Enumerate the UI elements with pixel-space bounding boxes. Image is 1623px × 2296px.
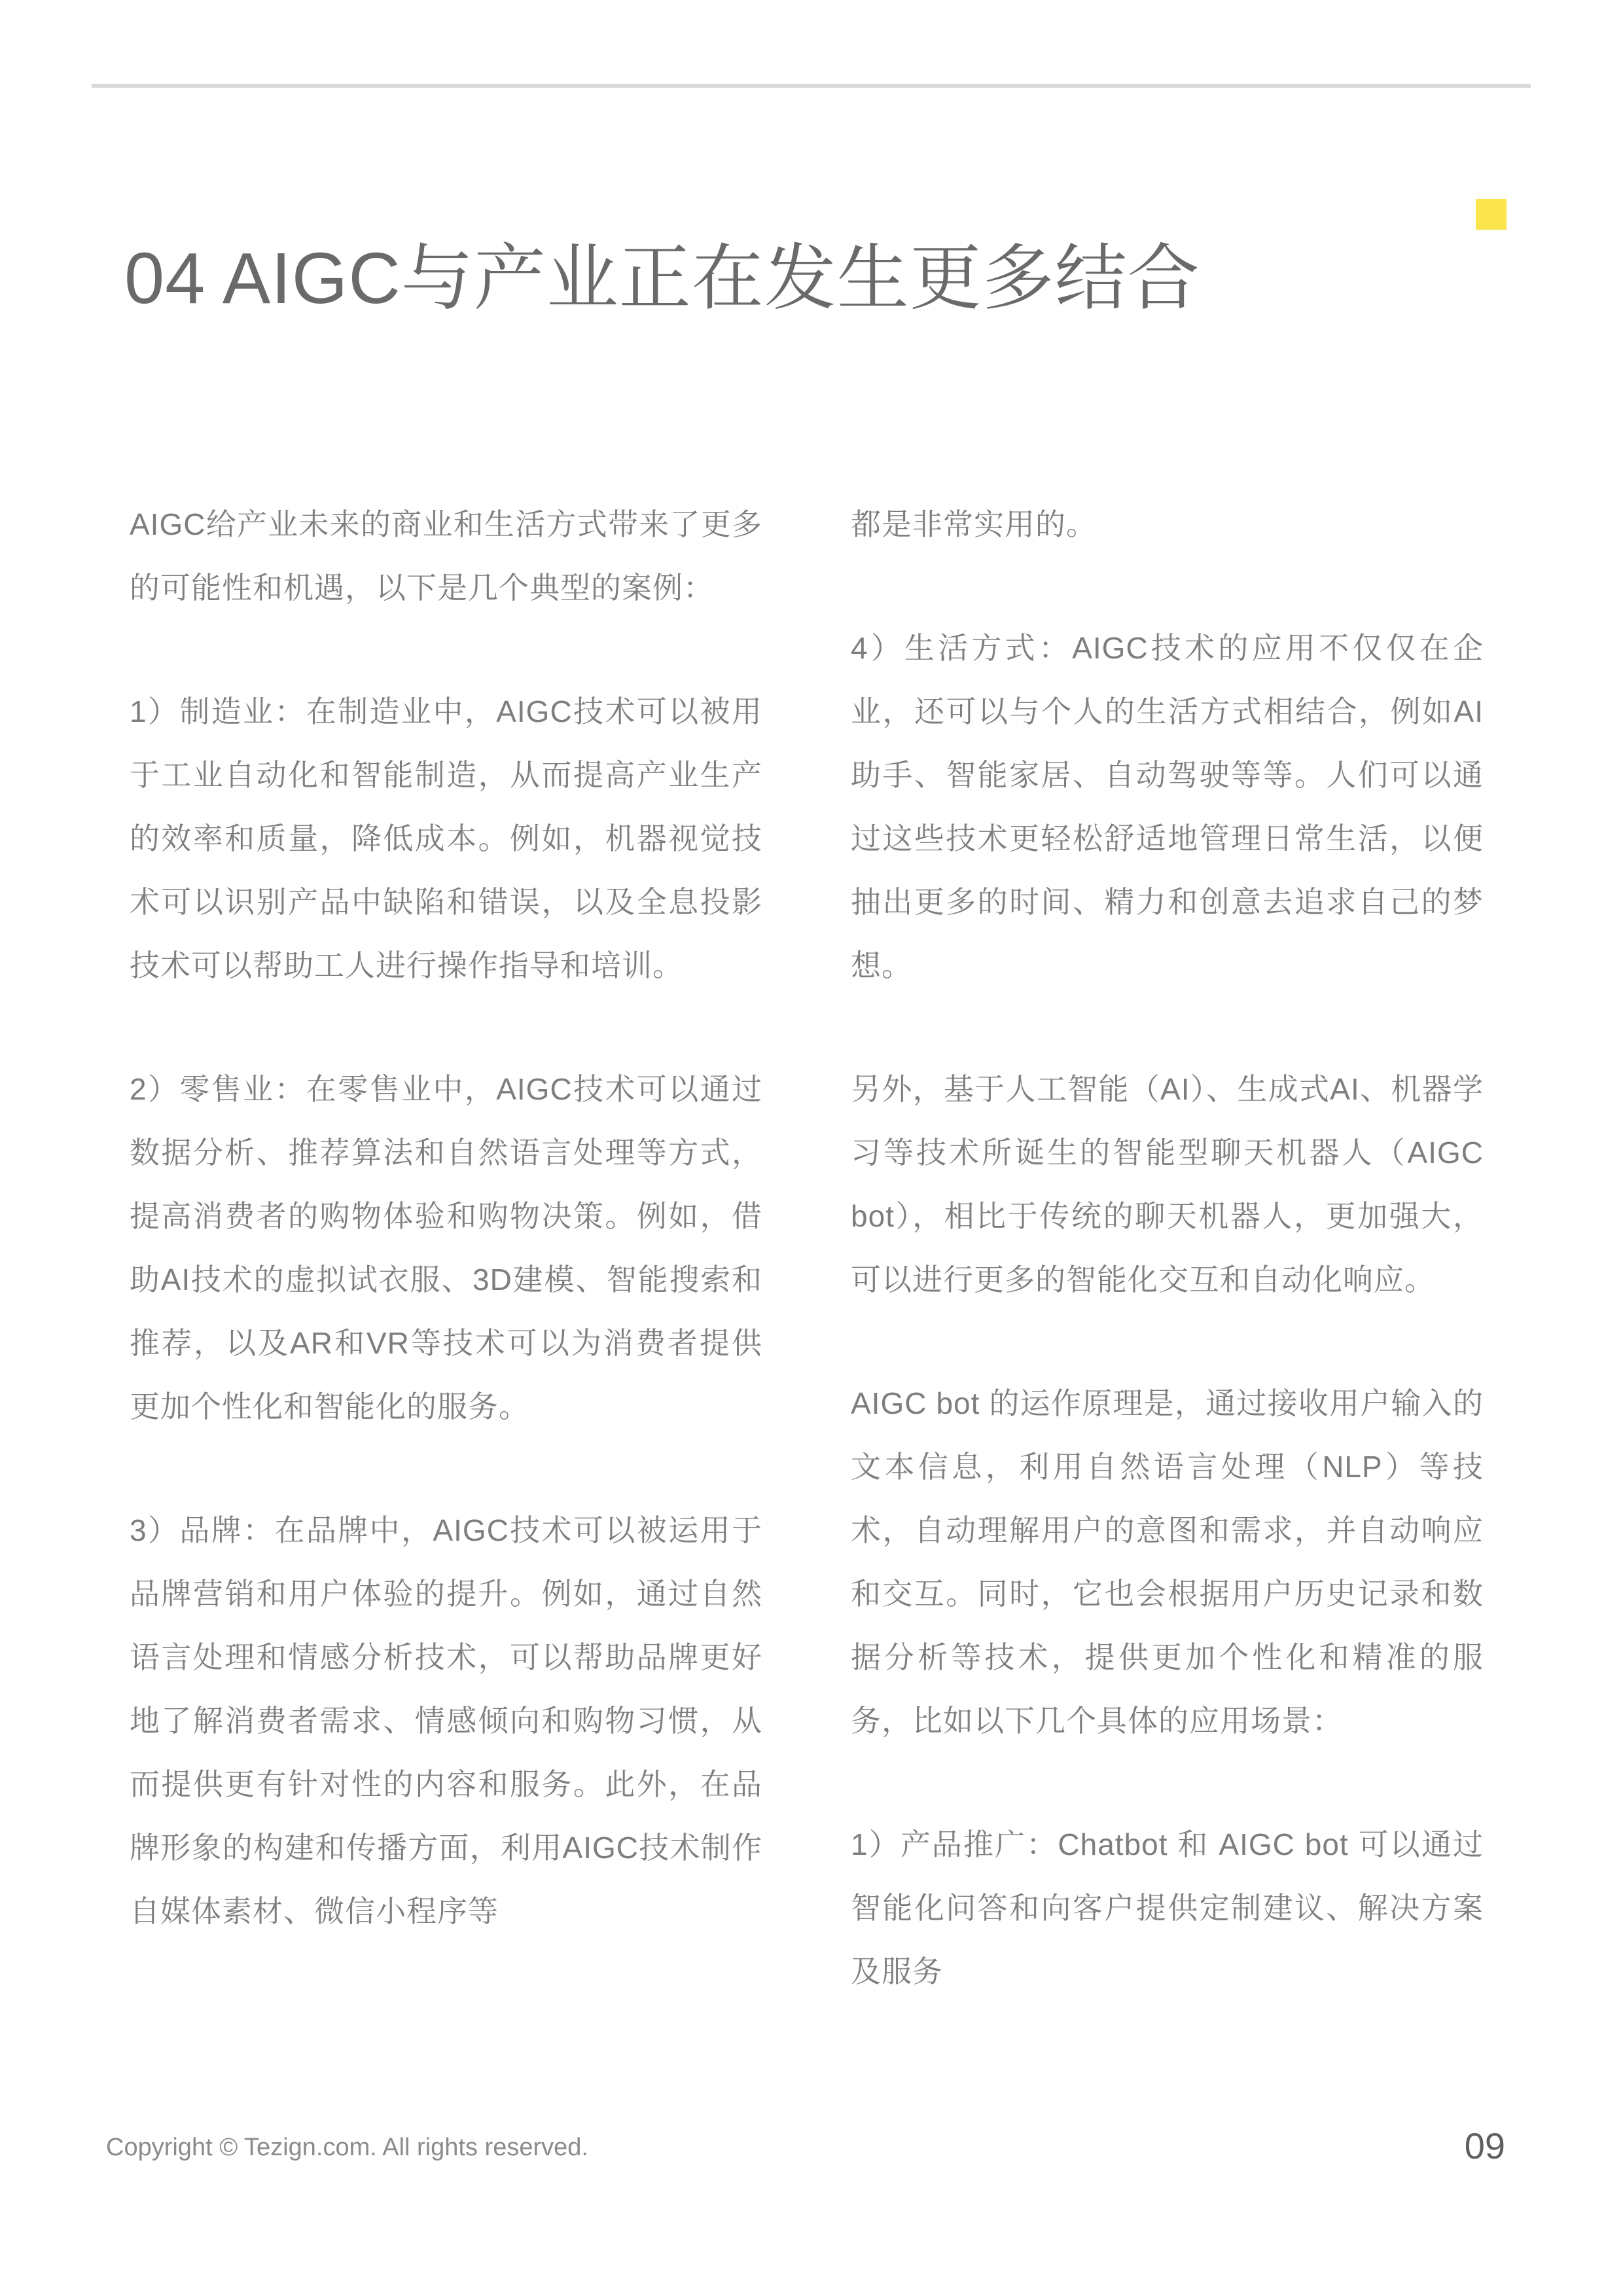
top-divider [92, 84, 1531, 88]
body-paragraph: 2）零售业：在零售业中，AIGC技术可以通过数据分析、推荐算法和自然语言处理等方… [130, 1058, 762, 1439]
body-paragraph: 1）制造业：在制造业中，AIGC技术可以被用于工业自动化和智能制造，从而提高产业… [130, 680, 762, 997]
accent-square-decoration [1476, 199, 1507, 230]
body-paragraph: 1）产品推广：Chatbot 和 AIGC bot 可以通过智能化问答和向客户提… [851, 1813, 1484, 2003]
body-paragraph: AIGC bot 的运作原理是，通过接收用户输入的文本信息，利用自然语言处理（N… [851, 1372, 1484, 1753]
body-paragraph: 另外，基于人工智能（AI）、生成式AI、机器学习等技术所诞生的智能型聊天机器人（… [851, 1058, 1484, 1312]
body-paragraph: 3）品牌：在品牌中，AIGC技术可以被运用于品牌营销和用户体验的提升。例如，通过… [130, 1499, 762, 1943]
page-title: 04 AIGC与产业正在发生更多结合 [124, 236, 1200, 322]
body-paragraph: AIGC给产业未来的商业和生活方式带来了更多的可能性和机遇，以下是几个典型的案例… [130, 493, 762, 620]
page-number: 09 [1465, 2124, 1505, 2168]
text-column-right: 都是非常实用的。 4）生活方式：AIGC技术的应用不仅仅在企业，还可以与个人的生… [851, 493, 1484, 2064]
body-paragraph: 都是非常实用的。 [851, 493, 1484, 556]
footer-copyright: Copyright © Tezign.com. All rights reser… [106, 2133, 588, 2163]
body-paragraph: 4）生活方式：AIGC技术的应用不仅仅在企业，还可以与个人的生活方式相结合，例如… [851, 617, 1484, 997]
text-column-left: AIGC给产业未来的商业和生活方式带来了更多的可能性和机遇，以下是几个典型的案例… [130, 493, 762, 2003]
report-page: 04 AIGC与产业正在发生更多结合 AIGC给产业未来的商业和生活方式带来了更… [0, 0, 1623, 2296]
